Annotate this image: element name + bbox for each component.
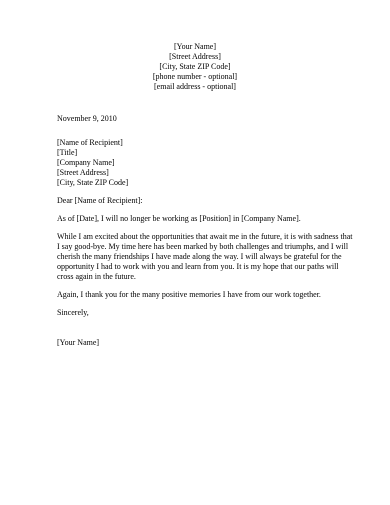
sender-address-block: [Your Name] [Street Address] [City, Stat… <box>0 42 390 92</box>
sender-city-state-zip: [City, State ZIP Code] <box>0 62 390 72</box>
body-paragraph-1: As of [Date], I will no longer be workin… <box>57 214 353 224</box>
letter-document-page: [Your Name] [Street Address] [City, Stat… <box>0 0 390 505</box>
signature-name: [Your Name] <box>57 338 353 348</box>
closing-phrase: Sincerely, <box>57 308 353 318</box>
recipient-title: [Title] <box>57 148 353 158</box>
recipient-street-address: [Street Address] <box>57 168 353 178</box>
sender-email: [email address - optional] <box>0 82 390 92</box>
recipient-company: [Company Name] <box>57 158 353 168</box>
letter-content: [Your Name] [Street Address] [City, Stat… <box>57 42 353 348</box>
sender-street-address: [Street Address] <box>0 52 390 62</box>
recipient-address-block: [Name of Recipient] [Title] [Company Nam… <box>57 138 353 188</box>
letter-date: November 9, 2010 <box>57 114 353 124</box>
body-paragraph-2: While I am excited about the opportuniti… <box>57 232 353 282</box>
body-paragraph-3: Again, I thank you for the many positive… <box>57 290 353 300</box>
salutation: Dear [Name of Recipient]: <box>57 196 353 206</box>
recipient-city-state-zip: [City, State ZIP Code] <box>57 178 353 188</box>
recipient-name: [Name of Recipient] <box>57 138 353 148</box>
sender-phone: [phone number - optional] <box>0 72 390 82</box>
sender-name: [Your Name] <box>0 42 390 52</box>
